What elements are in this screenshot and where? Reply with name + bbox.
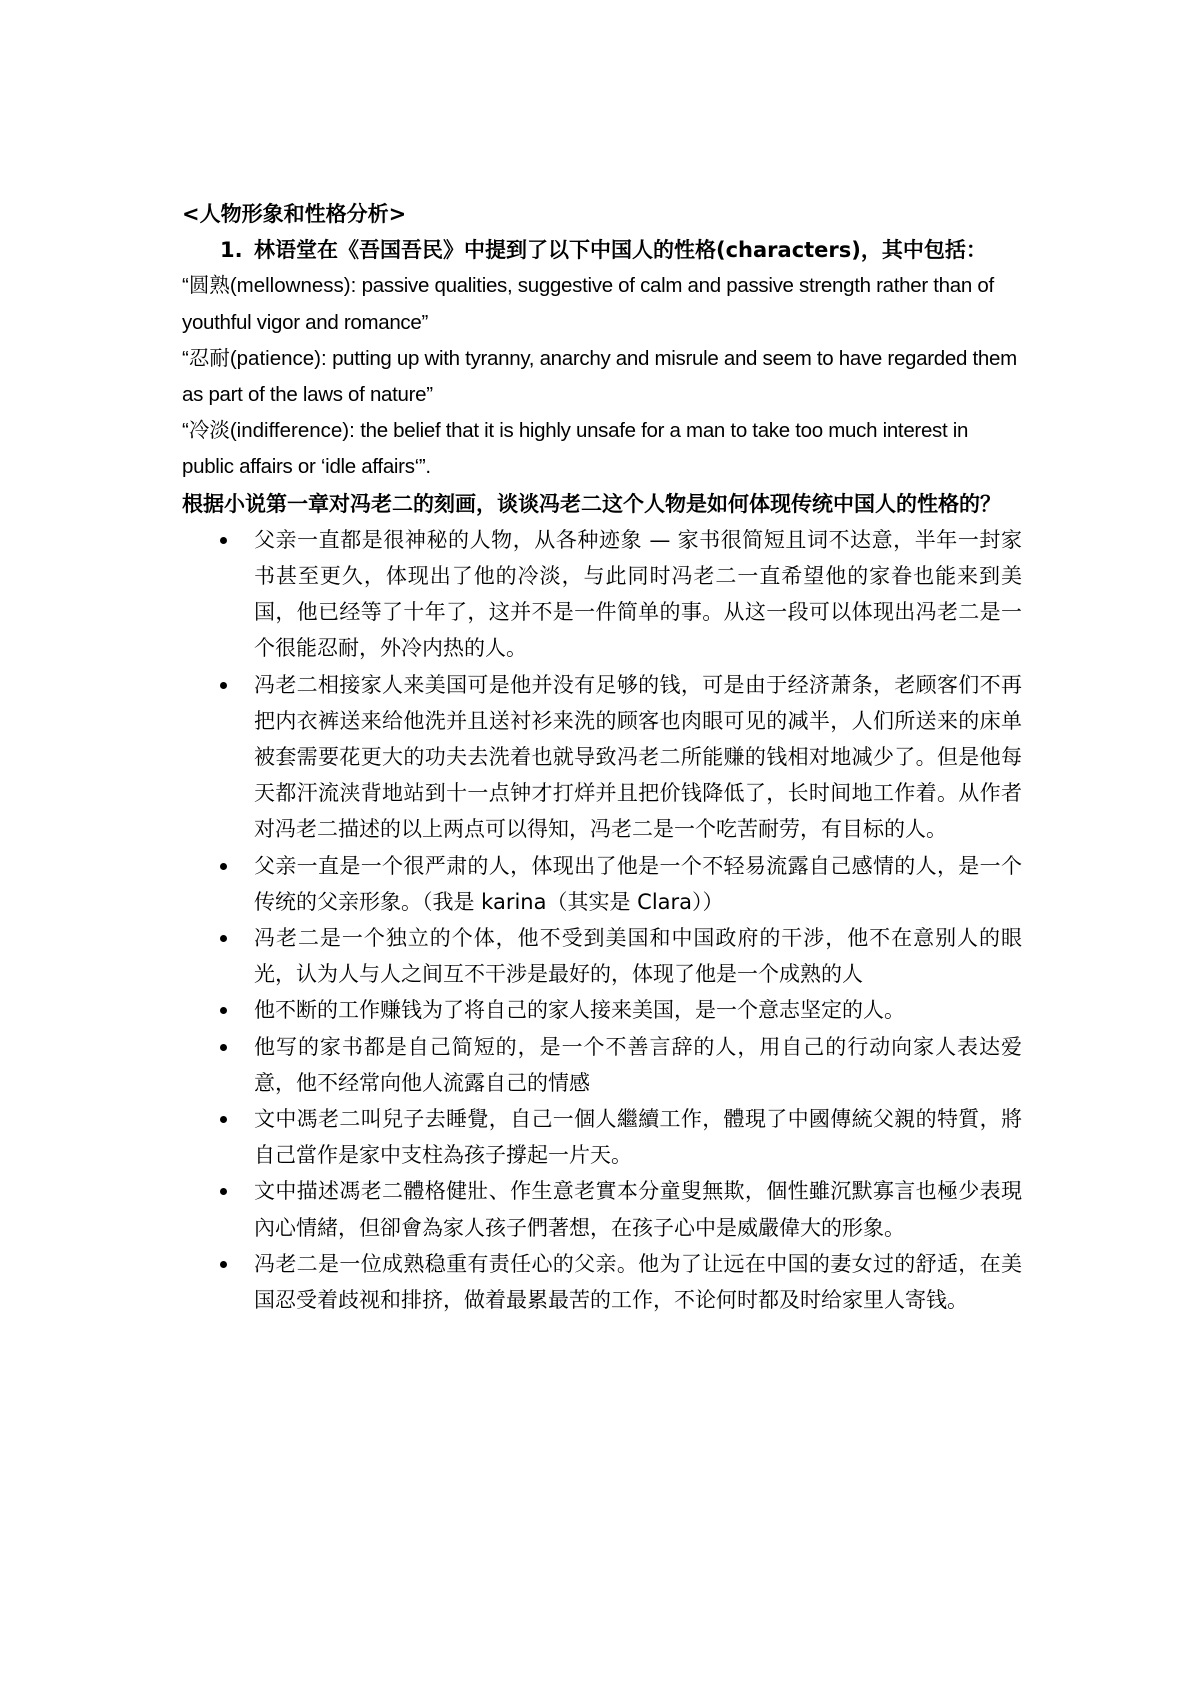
list-item: 文中馮老二叫兒子去睡覺，自己一個人繼續工作，體現了中國傳統父親的特質，將自己當作… bbox=[182, 1101, 1022, 1173]
quote-label: “冷淡(indifference): bbox=[182, 419, 355, 442]
quote-patience: “忍耐(patience): putting up with tyranny, … bbox=[182, 341, 1022, 413]
section-heading: <人物形象和性格分析> bbox=[182, 196, 1022, 232]
list-item: 冯老二是一个独立的个体，他不受到美国和中国政府的干涉，他不在意别人的眼光，认为人… bbox=[182, 920, 1022, 992]
numbered-question: 1. 林语堂在《吾国吾民》中提到了以下中国人的性格(characters)，其中… bbox=[182, 232, 1022, 268]
bullet-icon bbox=[220, 1044, 227, 1051]
bullet-icon bbox=[220, 682, 227, 689]
list-item: 冯老二是一位成熟稳重有责任心的父亲。他为了让远在中国的妻女过的舒适，在美国忍受着… bbox=[182, 1246, 1022, 1318]
question-text: 林语堂在《吾国吾民》中提到了以下中国人的性格(characters)，其中包括： bbox=[254, 238, 987, 262]
quote-label: “忍耐(patience): bbox=[182, 347, 327, 370]
bullet-icon bbox=[220, 1188, 227, 1195]
quote-mellowness: “圆熟(mellowness): passive qualities, sugg… bbox=[182, 268, 1022, 340]
document-page: <人物形象和性格分析> 1. 林语堂在《吾国吾民》中提到了以下中国人的性格(ch… bbox=[182, 196, 1022, 1318]
bullet-icon bbox=[220, 863, 227, 870]
list-item: 他写的家书都是自己简短的，是一个不善言辞的人，用自己的行动向家人表达爱意，他不经… bbox=[182, 1029, 1022, 1101]
discussion-question: 根据小说第一章对冯老二的刻画，谈谈冯老二这个人物是如何体现传统中国人的性格的？ bbox=[182, 486, 1022, 522]
bullet-icon bbox=[220, 1007, 227, 1014]
list-item: 父亲一直都是很神秘的人物，从各种迹象 — 家书很简短且词不达意，半年一封家书甚至… bbox=[182, 522, 1022, 667]
answer-list: 父亲一直都是很神秘的人物，从各种迹象 — 家书很简短且词不达意，半年一封家书甚至… bbox=[182, 522, 1022, 1318]
quote-label: “圆熟(mellowness): bbox=[182, 274, 356, 297]
bullet-icon bbox=[220, 1116, 227, 1123]
list-item: 冯老二相接家人来美国可是他并没有足够的钱，可是由于经济萧条，老顾客们不再把内衣裤… bbox=[182, 667, 1022, 848]
list-number: 1. bbox=[220, 232, 243, 268]
bullet-icon bbox=[220, 1261, 227, 1268]
bullet-icon bbox=[220, 935, 227, 942]
list-item: 父亲一直是一个很严肃的人，体现出了他是一个不轻易流露自己感情的人，是一个传统的父… bbox=[182, 848, 1022, 920]
list-item: 他不断的工作赚钱为了将自己的家人接来美国，是一个意志坚定的人。 bbox=[182, 992, 1022, 1028]
list-item: 文中描述馮老二體格健壯、作生意老實本分童叟無欺，個性雖沉默寡言也極少表現內心情緒… bbox=[182, 1173, 1022, 1245]
quote-indifference: “冷淡(indifference): the belief that it is… bbox=[182, 413, 1022, 485]
bullet-icon bbox=[220, 537, 227, 544]
